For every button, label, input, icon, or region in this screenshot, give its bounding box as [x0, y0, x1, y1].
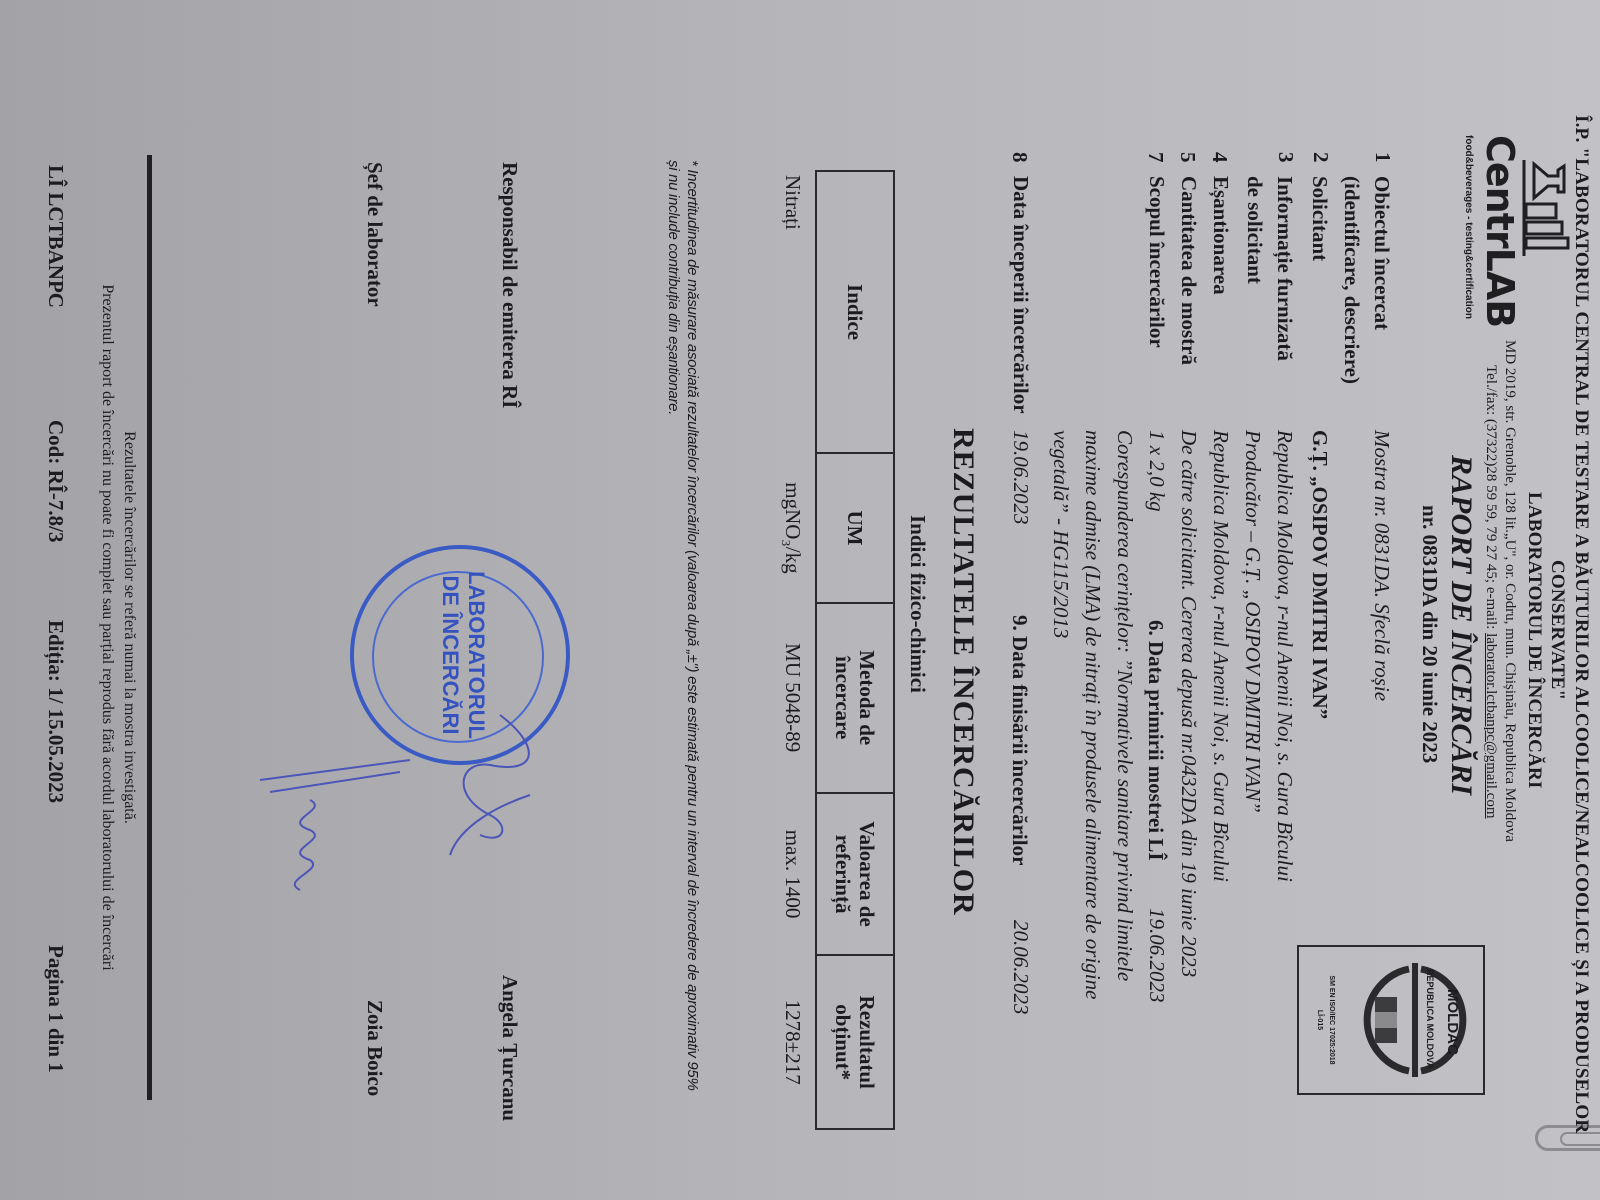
item-2-label: Solicitant [1305, 176, 1335, 261]
signature-issuer-icon [440, 705, 560, 865]
footer-note-line2: Prezentul raport de încercări nu poate f… [98, 155, 116, 1100]
item-3-value-line2: Producător – G.Ț. „OSIPOV DMITRI IVAN” [1238, 430, 1268, 813]
report-title: RAPORT DE ÎNCERCĂRI [1444, 455, 1478, 795]
cell-um: mgNO₃/kg [770, 453, 816, 603]
item-9-value: 20.06.2023 [1006, 920, 1036, 1015]
results-subtitle: Indici fizico-chimici [905, 515, 930, 693]
item-3-number: 3 [1273, 152, 1298, 163]
item-9-label: 9. Data finisării încercărilor [1007, 615, 1032, 865]
item-7-number: 7 [1143, 152, 1168, 163]
signature-role-issuer: Responsabil de emiterea RÎ [497, 162, 522, 408]
item-8-value: 19.06.2023 [1006, 430, 1036, 525]
cell-metoda: MU 5048-89 [770, 603, 816, 793]
org-address: MD 2019, str. Grenoble, 128 lit.„U", or.… [1501, 340, 1518, 842]
logo-wordmark: CentrLAB [1478, 135, 1522, 327]
item-3-value-line3: Republica Moldova, r-nul Anenii Noi, s. … [1206, 430, 1236, 882]
item-8-number: 8 [1007, 152, 1032, 163]
item-2-number: 2 [1308, 152, 1333, 163]
cell-referinta: max. 1400 [770, 793, 816, 956]
item-4-value: De către solicitant. Cererea depusă nr.0… [1174, 430, 1204, 977]
footer-divider [147, 155, 152, 1100]
logo-tagline: food&beverages - testing&certification [1463, 135, 1474, 319]
uncertainty-footnote-line1: * Incertitudinea de măsurare asociată re… [683, 160, 702, 1160]
uncertainty-footnote-line2: și nu include contribuția din eșantionar… [664, 160, 683, 415]
item-7-value-line3: vegetală” - HG115/2013 [1046, 430, 1076, 638]
org-name-line2: CONSERVATE" [1546, 560, 1568, 700]
signature-name-head: Zoia Boico [362, 1000, 387, 1096]
report-number: nr. 0831DA din 20 iunie 2023 [1417, 505, 1442, 763]
item-1-number: 1 [1370, 152, 1395, 163]
item-3-label: Informație furnizată de solicitant [1240, 176, 1300, 386]
col-header-referinta: Valoarea de referință [816, 793, 894, 956]
moldova-flag-icon [1375, 997, 1397, 1043]
item-7-value-line1: Corespunderea cerințelor: ”Normativele s… [1110, 430, 1140, 981]
item-7-label: Scopul încercărilor [1142, 176, 1172, 348]
org-contact: Tel./fax: (37322)28 59 59, 79 27 45; e-m… [1482, 365, 1499, 819]
moldac-code: LÎ-015 [1316, 947, 1323, 1093]
org-name-line3: LABORATORUL DE ÎNCERCĂRI [1523, 492, 1545, 789]
results-title: REZULTATELE ÎNCERCĂRILOR [946, 428, 980, 916]
footer-edition: Ediția: 1/ 15.05.2023 [43, 620, 68, 803]
table-row: Nitrați mgNO₃/kg MU 5048-89 max. 1400 12… [770, 171, 816, 1129]
moldac-standard: SM EN ISO/IEC 17025:2018 [1328, 947, 1335, 1093]
item-2-value: G.Ț. „OSIPOV DMITRI IVAN” [1307, 430, 1332, 719]
item-4-label: Eșantionarea [1206, 176, 1236, 295]
contact-phone: Tel./fax: (37322)28 59 59, 79 27 45; e-m… [1483, 365, 1499, 633]
contact-email-link[interactable]: laborator.lctbanpc@gmail.com [1483, 633, 1499, 818]
lab-flask-icon [1522, 160, 1570, 270]
moldac-country: REPUBLICA MOLDOVA [1425, 969, 1435, 1069]
centrlab-logo: CentrLAB food&beverages - testing&certif… [1450, 100, 1570, 330]
results-table: Indice UM Metoda de încercare Valoarea d… [770, 170, 895, 1130]
paper-clip-inner [1560, 1132, 1600, 1146]
item-5-value: 1 x 2,0 kg [1142, 430, 1172, 512]
footer-page-number: Pagina 1 din 1 [43, 945, 68, 1073]
item-1-value: Mostra nr. 0831DA. Sfeclă roșie [1367, 430, 1397, 701]
item-7-value-line2: maxime admise (LMA) de nitrați în produs… [1078, 430, 1108, 999]
col-header-indice: Indice [816, 171, 894, 453]
signature-head-icon [250, 740, 420, 900]
item-6-value: 19.06.2023 [1142, 908, 1172, 1003]
item-6-label: 6. Data primirii mostrei LÎ [1143, 620, 1168, 861]
item-5-label: Cantitatea de mostră [1174, 176, 1204, 365]
item-1-label: Obiectul încercat (identificare, descrie… [1337, 176, 1397, 406]
moldac-name: MOLDAC [1444, 989, 1461, 1055]
cell-rezultat: 1278±217 [770, 955, 816, 1129]
item-5-number: 5 [1175, 152, 1200, 163]
item-4-number: 4 [1207, 152, 1232, 163]
cell-indice: Nitrați [770, 171, 816, 453]
org-name-line1: Î.P. "LABORATORUL CENTRAL DE TESTARE A B… [1570, 115, 1592, 1133]
test-report-page: Î.P. "LABORATORUL CENTRAL DE TESTARE A B… [0, 0, 1600, 1200]
footer-note-line1: Rezultatele încercărilor se referă numai… [120, 155, 138, 1100]
col-header-metoda: Metoda de încercare [816, 603, 894, 793]
col-header-um: UM [816, 453, 894, 603]
footer-org-code: LÎ LCTBANPC [43, 165, 68, 308]
item-3-value-line1: Republica Moldova, r-nul Anenii Noi, s. … [1270, 430, 1300, 882]
moldac-accreditation-mark: MOLDAC REPUBLICA MOLDOVA SM EN ISO/IEC 1… [1297, 945, 1485, 1095]
signature-role-head: Șef de laborator [362, 162, 387, 307]
footer-doc-code: Cod: RÎ-7.8/3 [43, 420, 68, 543]
signature-name-issuer: Angela Țurcanu [497, 975, 522, 1121]
item-8-label: Data începerii încercărilor [1006, 176, 1036, 414]
results-header-row: Indice UM Metoda de încercare Valoarea d… [816, 171, 894, 1129]
col-header-rezultat: Rezultatul obținut* [816, 955, 894, 1129]
